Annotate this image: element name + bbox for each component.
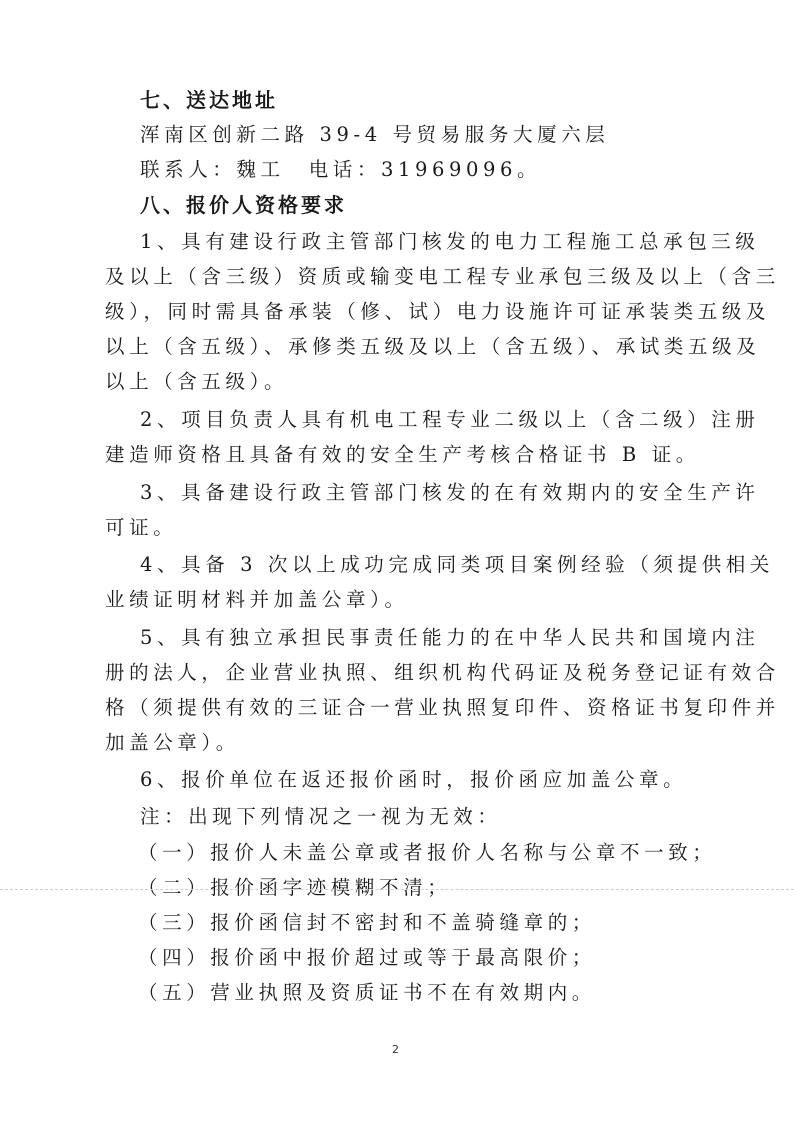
requirement-line: 加盖公章）。 bbox=[105, 731, 240, 755]
document-page: 七、送达地址 浑南区创新二路 39-4 号贸易服务大厦六层 联系人：魏工 电话：… bbox=[0, 0, 794, 1122]
requirement-line: 3、具备建设行政主管部门核发的在有效期内的安全生产许 bbox=[140, 481, 760, 505]
requirement-line: 格（须提供有效的三证合一营业执照复印件、资格证书复印件并 bbox=[105, 696, 780, 720]
note-item: （一）报价人未盖公章或者报价人名称与公章不一致； bbox=[138, 841, 716, 865]
requirement-line: 以上（含五级）。 bbox=[105, 370, 288, 394]
note-item: （五）营业执照及资质证书不在有效期内。 bbox=[138, 981, 596, 1005]
page-number: 2 bbox=[392, 1043, 399, 1056]
requirement-line: 可证。 bbox=[105, 516, 177, 540]
requirement-line: 级），同时需具备承装（修、试）电力设施许可证承装类五级及 bbox=[105, 300, 770, 324]
delivery-address: 浑南区创新二路 39-4 号贸易服务大厦六层 bbox=[140, 123, 609, 147]
requirement-line: 5、具有独立承担民事责任能力的在中华人民共和国境内注 bbox=[140, 626, 760, 650]
requirement-line: 以上（含五级）、承修类五级及以上（含五级）、承试类五级及 bbox=[105, 335, 760, 359]
requirement-line: 及以上（含三级）资质或输变电工程专业承包三级及以上（含三 bbox=[105, 265, 780, 289]
requirement-line: 建造师资格且具备有效的安全生产考核合格证书 B 证。 bbox=[105, 443, 700, 467]
requirement-line: 4、具备 3 次以上成功完成同类项目案例经验（须提供相关 bbox=[140, 553, 774, 577]
section-8-heading: 八、报价人资格要求 bbox=[140, 193, 347, 217]
contact-info: 联系人：魏工 电话：31969096。 bbox=[140, 158, 541, 182]
requirement-line: 6、报价单位在返还报价函时，报价函应加盖公章。 bbox=[140, 768, 687, 792]
note-item: （二）报价函字迹模糊不清； bbox=[138, 876, 451, 900]
note-item: （三）报价函信封不密封和不盖骑缝章的； bbox=[138, 911, 596, 935]
requirement-line: 业绩证明材料并加盖公章）。 bbox=[105, 588, 409, 612]
requirement-line: 2、项目负责人具有机电工程专业二级以上（含二级）注册 bbox=[140, 408, 760, 432]
note-intro: 注：出现下列情况之一视为无效： bbox=[140, 805, 502, 829]
scan-artifact-line bbox=[0, 889, 794, 890]
requirement-line: 册的法人，企业营业执照、组织机构代码证及税务登记证有效合 bbox=[105, 661, 780, 685]
requirement-line: 1、具有建设行政主管部门核发的电力工程施工总承包三级 bbox=[140, 230, 760, 254]
note-item: （四）报价函中报价超过或等于最高限价； bbox=[138, 946, 596, 970]
section-7-heading: 七、送达地址 bbox=[140, 88, 278, 112]
